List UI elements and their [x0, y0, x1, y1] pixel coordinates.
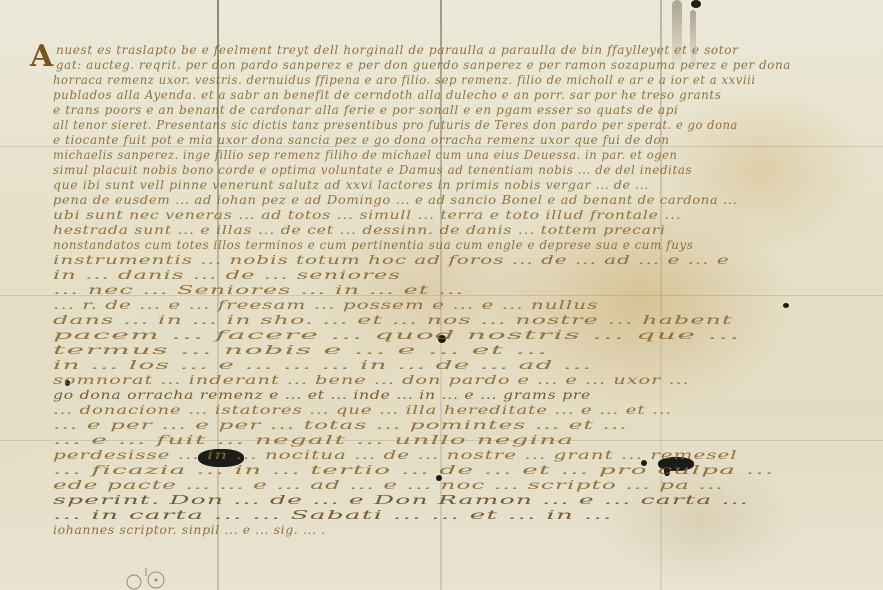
parchment-document: A nuest es traslapto be e feelment treyt…	[0, 0, 883, 590]
text-line: michaelis sanperez. inge fillio sep reme…	[53, 147, 677, 162]
text-line: que ibi sunt vell pinne venerunt salutz …	[53, 177, 649, 192]
text-line: ... nec ... Seniores ... in ... et ...	[53, 282, 464, 297]
text-line: in ... los ... e ... ... ... in ... de .…	[53, 357, 592, 372]
text-line: pacem ... facere ... quod nostris ... qu…	[53, 327, 741, 342]
text-line: pena de eusdem ... ad iohan pez e ad Dom…	[53, 192, 738, 207]
text-line: sperint. Don ... de ... e Don Ramon ... …	[53, 492, 749, 507]
text-line: ede pacte ... ... e ... ad ... e ... noc…	[53, 477, 724, 492]
text-line: ubi sunt nec veneras ... ad totos ... si…	[53, 207, 681, 222]
text-line: iohannes scriptor. sinpil ... e ... sig.…	[53, 522, 326, 537]
text-line: e tiocante fuit pot e mia uxor dona sanc…	[53, 132, 670, 147]
text-line: dans ... in ... in sho. ... et ... nos .…	[53, 312, 733, 327]
text-line: e trans poors e an benant de cardonar al…	[53, 102, 679, 117]
text-line: in ... danis ... de ... seniores	[53, 267, 401, 282]
notary-sign-doodle	[120, 568, 180, 590]
text-line: go dona orracha remenz e ... et ... inde…	[53, 387, 591, 402]
text-line: nonstandatos cum totes illos terminos e …	[53, 237, 693, 252]
text-line: ... e per ... e per ... totas ... pomint…	[53, 417, 628, 432]
text-line: hestrada sunt ... e illas ... de cet ...…	[53, 222, 666, 237]
parchment-hole	[691, 0, 701, 8]
parchment-hole	[783, 303, 789, 308]
text-line: ... donacione ... istatores ... que ... …	[53, 402, 672, 417]
text-line: instrumentis ... nobis totum hoc ad foro…	[53, 252, 730, 267]
text-line: termus ... nobis e ... e ... et ...	[53, 342, 548, 357]
text-line: ... e ... fuit ... negalt ... unllo negi…	[53, 432, 574, 447]
text-line: somnorat ... inderant ... bene ... don p…	[53, 372, 690, 387]
illuminated-initial: A	[30, 42, 53, 72]
text-line: horraca remenz uxor. vestris. dernuidus …	[53, 72, 756, 87]
text-line: publados alla Ayenda. et a sabr an benef…	[53, 87, 721, 102]
text-line: gat: aucteg. reqrit. per don pardo sanpe…	[56, 57, 791, 72]
text-line: ... in carta ... ... Sabati ... ... et .…	[53, 507, 613, 522]
text-line: perdesisse ... in ... nocitua ... de ...…	[53, 447, 738, 462]
text-line: nuest es traslapto be e feelment treyt d…	[56, 42, 738, 57]
text-line: ... r. de ... e ... freesam ... possem e…	[53, 297, 598, 312]
text-line: simul placuit nobis bono corde e optima …	[53, 162, 692, 177]
text-line: all tenor sieret. Presentans sic dictis …	[53, 117, 738, 132]
text-line: ... ficazia ... in ... tertio ... de ...…	[53, 462, 775, 477]
